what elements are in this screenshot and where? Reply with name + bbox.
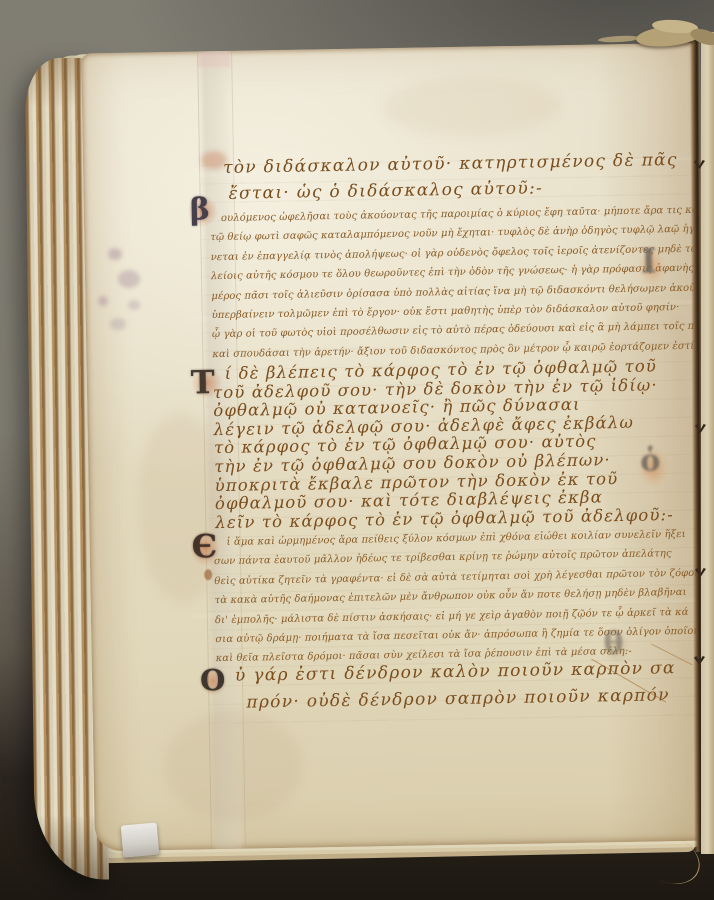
white-tie-band bbox=[121, 822, 160, 857]
adjacent-quire-edge bbox=[701, 32, 714, 854]
ink-blot bbox=[204, 569, 212, 580]
drop-cap-omicron: Ο bbox=[200, 663, 226, 697]
manuscript-page: τὸν διδάσκαλον αὐτοῦ· κατηρτισμένος δὲ π… bbox=[81, 43, 707, 852]
mold-spot bbox=[118, 270, 140, 288]
show-through-initial-3: θ bbox=[603, 626, 624, 661]
parchment-stain bbox=[382, 75, 563, 138]
catena-commentary-block-1: ουλόμενος ὠφελῆσαι τοὺς ἀκούοντας τῆς πα… bbox=[210, 201, 663, 364]
mold-spot bbox=[98, 296, 108, 306]
parchment-stain bbox=[163, 710, 305, 822]
drop-cap-beta: β bbox=[190, 192, 211, 227]
frayed-thread bbox=[598, 35, 640, 43]
show-through-initial-1: Ι bbox=[640, 241, 657, 281]
photo-backdrop: τὸν διδάσκαλον αὐτοῦ· κατηρτισμένος δὲ π… bbox=[0, 0, 714, 900]
show-through-initial-2: ὁ bbox=[640, 443, 661, 478]
tape-strip-top-tip bbox=[197, 51, 230, 68]
drop-cap-tau: Τ bbox=[191, 363, 215, 401]
gospel-text-block: ί δὲ βλέπεις τὸ κάρφος τὸ ἐν τῷ ὀφθαλμῷ … bbox=[213, 357, 674, 532]
mold-spot bbox=[110, 318, 126, 330]
mold-spot bbox=[108, 248, 122, 260]
gospel-heading-lines: τὸν διδάσκαλον αὐτοῦ· κατηρτισμένος δὲ π… bbox=[223, 147, 678, 207]
mold-spot bbox=[128, 300, 140, 310]
